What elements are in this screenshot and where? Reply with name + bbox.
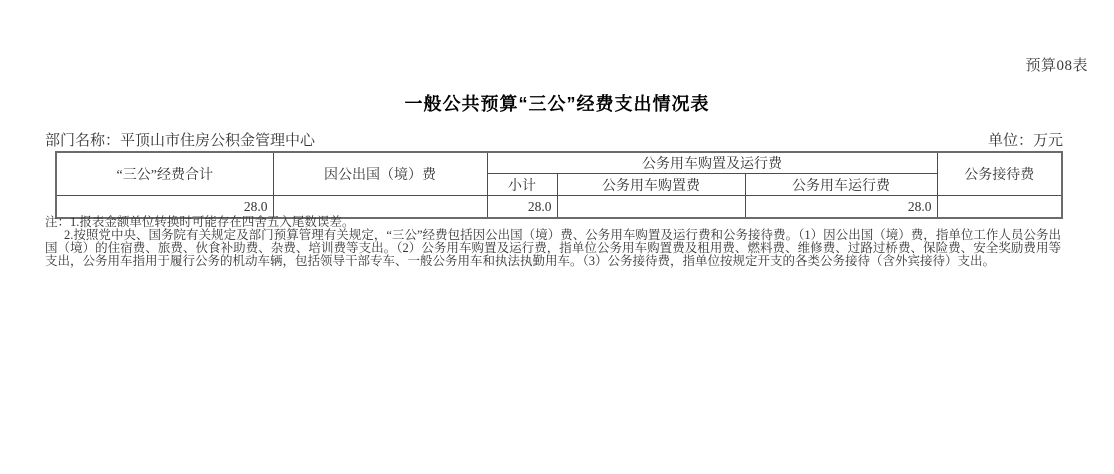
header-operation: 公务用车运行费 bbox=[745, 174, 937, 196]
department-name-line: 部门名称：平顶山市住房公积金管理中心 bbox=[45, 129, 315, 150]
header-vehicle-group: 公务用车购置及运行费 bbox=[487, 152, 937, 174]
unit-label: 单位：万元 bbox=[988, 129, 1063, 150]
page-title: 一般公共预算“三公”经费支出情况表 bbox=[0, 90, 1114, 116]
header-purchase: 公务用车购置费 bbox=[557, 174, 745, 196]
value-operation: 28.0 bbox=[745, 196, 937, 219]
footnote-paragraph-2: 2.按照党中央、国务院有关规定及部门预算管理有关规定，“三公”经费包括因公出国（… bbox=[45, 229, 1061, 268]
header-row-group: “三公”经费合计 因公出国（境）费 公务用车购置及运行费 公务接待费 bbox=[56, 152, 1062, 174]
value-subtotal: 28.0 bbox=[487, 196, 557, 219]
department-label: 部门名称： bbox=[45, 133, 120, 149]
value-purchase bbox=[557, 196, 745, 219]
header-total: “三公”经费合计 bbox=[56, 152, 273, 196]
table-code-label: 预算08表 bbox=[1025, 54, 1088, 75]
value-reception bbox=[937, 196, 1062, 219]
header-reception: 公务接待费 bbox=[937, 152, 1062, 196]
department-name: 平顶山市住房公积金管理中心 bbox=[120, 133, 315, 149]
header-subtotal: 小计 bbox=[487, 174, 557, 196]
sangong-expense-table: “三公”经费合计 因公出国（境）费 公务用车购置及运行费 公务接待费 小计 公务… bbox=[55, 151, 1063, 219]
footnotes: 注：1.报表金额单位转换时可能存在四舍五入尾数误差。 2.按照党中央、国务院有关… bbox=[45, 216, 1061, 268]
header-abroad: 因公出国（境）费 bbox=[273, 152, 487, 196]
meta-row: 部门名称：平顶山市住房公积金管理中心 单位：万元 bbox=[45, 129, 1063, 150]
